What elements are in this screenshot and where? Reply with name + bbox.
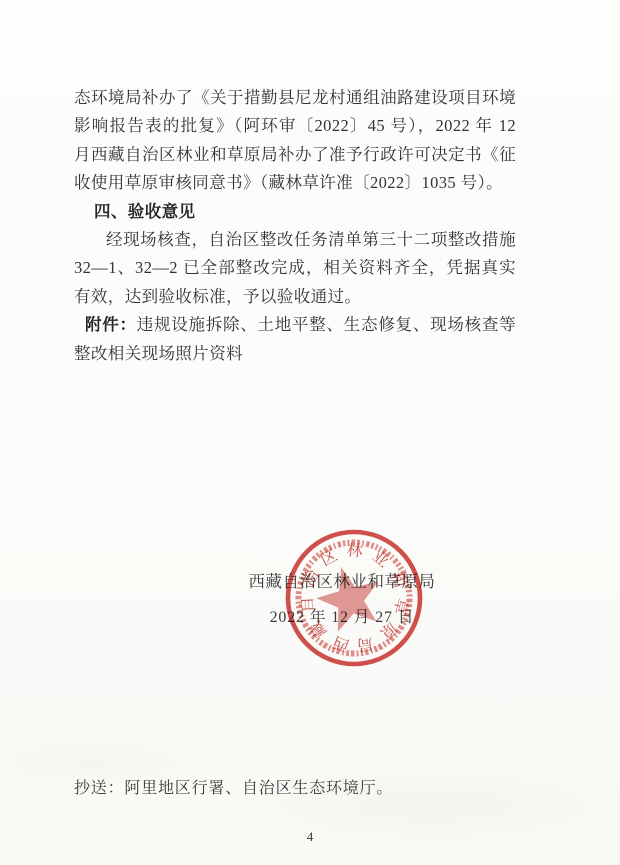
attachment-label: 附件：: [85, 315, 137, 334]
section-heading: 四、验收意见: [74, 198, 516, 226]
cc-distribution-line: 抄送：阿里地区行署、自治区生态环境厅。: [74, 775, 393, 798]
document-page: 态环境局补办了《关于措勤县尼龙村通组油路建设项目环境影响报告表的批复》（阿环审〔…: [0, 0, 620, 865]
signature-block: 西藏自治区林业和草原局 2022 年 12 月 27 日: [240, 568, 444, 627]
body-paragraph-conclusion: 经现场核查，自治区整改任务清单第三十二项整改措施 32—1、32—2 已全部整改…: [74, 226, 516, 311]
signature-date: 2022 年 12 月 27 日: [240, 604, 444, 627]
signature-organization: 西藏自治区林业和草原局: [240, 568, 444, 592]
body-paragraph-continuation: 态环境局补办了《关于措勤县尼龙村通组油路建设项目环境影响报告表的批复》（阿环审〔…: [74, 84, 516, 198]
attachment-note: 附件：违规设施拆除、土地平整、生态修复、现场核查等整改相关现场照片资料: [74, 311, 516, 368]
document-body: 态环境局补办了《关于措勤县尼龙村通组油路建设项目环境影响报告表的批复》（阿环审〔…: [74, 84, 516, 368]
attachment-text: 违规设施拆除、土地平整、生态修复、现场核查等整改相关现场照片资料: [74, 315, 516, 362]
page-number: 4: [0, 829, 620, 845]
